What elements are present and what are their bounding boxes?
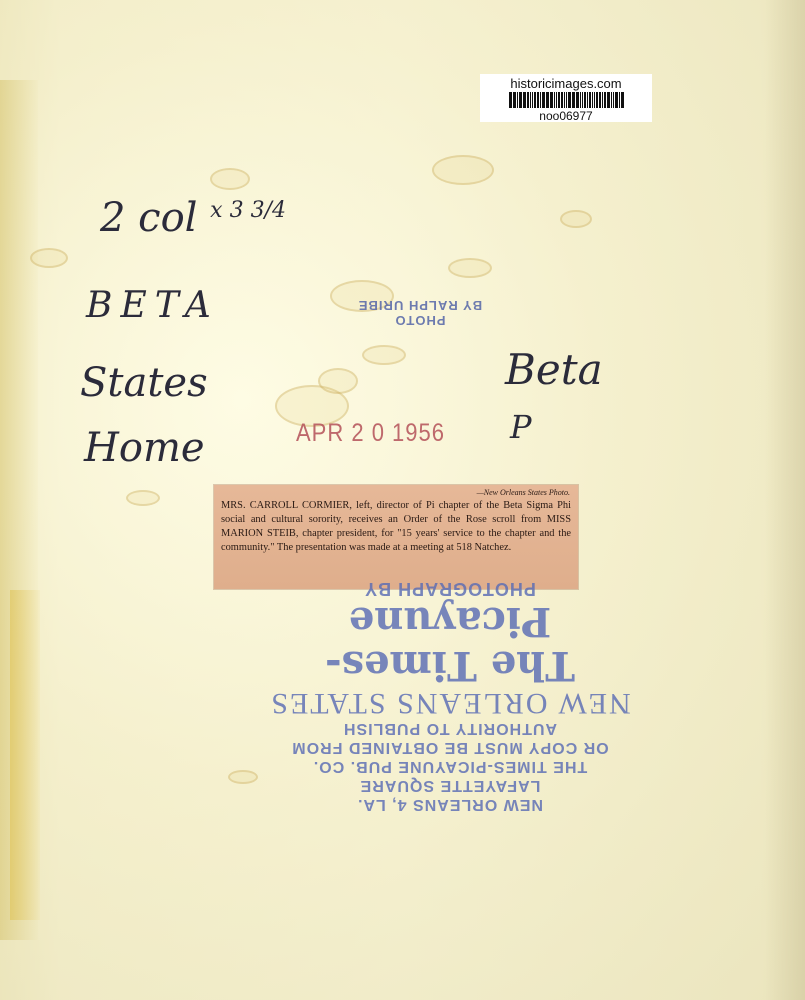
barcode-bar [584, 92, 586, 108]
publisher-stamp-line6: THE TIMES-PICAYUNE PUB. CO. [245, 757, 655, 776]
handwriting-size: 2 col x 3 3/4 [100, 195, 286, 241]
barcode-bar [527, 92, 529, 108]
barcode-bar [561, 92, 563, 108]
photographer-stamp: PHOTO BY RALPH URIBE [340, 298, 500, 328]
barcode-bar [592, 92, 593, 108]
stain [318, 368, 358, 394]
label-code: noo06977 [480, 109, 652, 123]
photographer-stamp-line1: PHOTO [340, 313, 500, 328]
stain [126, 490, 160, 506]
barcode-label: historicimages.com noo06977 [480, 74, 652, 122]
barcode-bar [589, 92, 591, 108]
barcode-bar [615, 92, 618, 108]
barcode-bar [509, 92, 512, 108]
barcode-bar [534, 92, 536, 108]
barcode-bar [619, 92, 620, 108]
barcode-bar [558, 92, 560, 108]
handwriting-columns: 2 col [100, 195, 197, 241]
photographer-stamp-line2: BY RALPH URIBE [340, 298, 500, 313]
barcode-bar [594, 92, 595, 108]
stain [448, 258, 492, 278]
barcode-bar [537, 92, 539, 108]
barcode-bar [530, 92, 531, 108]
barcode-bar [607, 92, 610, 108]
barcode-bar [542, 92, 545, 108]
stain [210, 168, 250, 190]
stain [432, 155, 494, 185]
barcode-bar [604, 92, 606, 108]
barcode-bar [566, 92, 567, 108]
barcode-bar [540, 92, 541, 108]
barcode-bar [517, 92, 518, 108]
barcode-bar [611, 92, 612, 108]
barcode-bar [556, 92, 557, 108]
publisher-stamp-line8: NEW ORLEANS 4, LA. [245, 795, 655, 814]
barcode-bar [572, 92, 575, 108]
barcode-bar [602, 92, 603, 108]
handwriting-beta: BETA [86, 285, 219, 326]
stain [362, 345, 406, 365]
barcode-bar [532, 92, 533, 108]
publisher-stamp-line7: LAFAYETTE SQUARE [245, 776, 655, 795]
clipping-credit: —New Orleans States Photo. [214, 485, 578, 497]
handwriting-dimension: x 3 3/4 [210, 198, 286, 223]
barcode-bar [580, 92, 581, 108]
barcode-bar [576, 92, 579, 108]
barcode-bar [546, 92, 549, 108]
barcode-bar [554, 92, 555, 108]
barcode-bar [599, 92, 601, 108]
barcode-bar [596, 92, 598, 108]
barcode-bar [587, 92, 588, 108]
date-stamp: APR 2 0 1956 [296, 418, 445, 448]
barcode-bar [568, 92, 571, 108]
publisher-stamp-line5: OR COPY MUST BE OBTAINED FROM [245, 738, 655, 757]
tape-residue [10, 590, 40, 920]
barcode-bar [513, 92, 516, 108]
barcode-bar [613, 92, 614, 108]
publisher-stamp: NEW ORLEANS 4, LA. LAFAYETTE SQUARE THE … [245, 578, 655, 814]
publisher-stamp-line2: The Times-Picayune [245, 599, 655, 687]
barcode-bar [564, 92, 565, 108]
handwriting-p-right: P [510, 408, 532, 446]
publisher-stamp-line4: AUTHORITY TO PUBLISH [245, 719, 655, 738]
newspaper-clipping: —New Orleans States Photo. MRS. CARROLL … [214, 485, 578, 589]
handwriting-home: Home [84, 425, 205, 471]
clipping-caption: MRS. CARROLL CORMIER, left, director of … [214, 497, 578, 555]
stain [560, 210, 592, 228]
publisher-stamp-line1: PHOTOGRAPH BY [245, 578, 655, 599]
barcode-bar [621, 92, 624, 108]
handwriting-states: States [80, 360, 208, 406]
handwriting-beta-right: Beta [505, 345, 603, 394]
barcode-bar [523, 92, 526, 108]
publisher-stamp-line3: NEW ORLEANS STATES [245, 687, 655, 719]
paper-edge-right [765, 0, 805, 1000]
barcode-bar [519, 92, 522, 108]
barcode-bar [550, 92, 553, 108]
label-site: historicimages.com [480, 76, 652, 91]
barcode-icon [508, 92, 624, 108]
barcode-bar [582, 92, 583, 108]
stain [30, 248, 68, 268]
